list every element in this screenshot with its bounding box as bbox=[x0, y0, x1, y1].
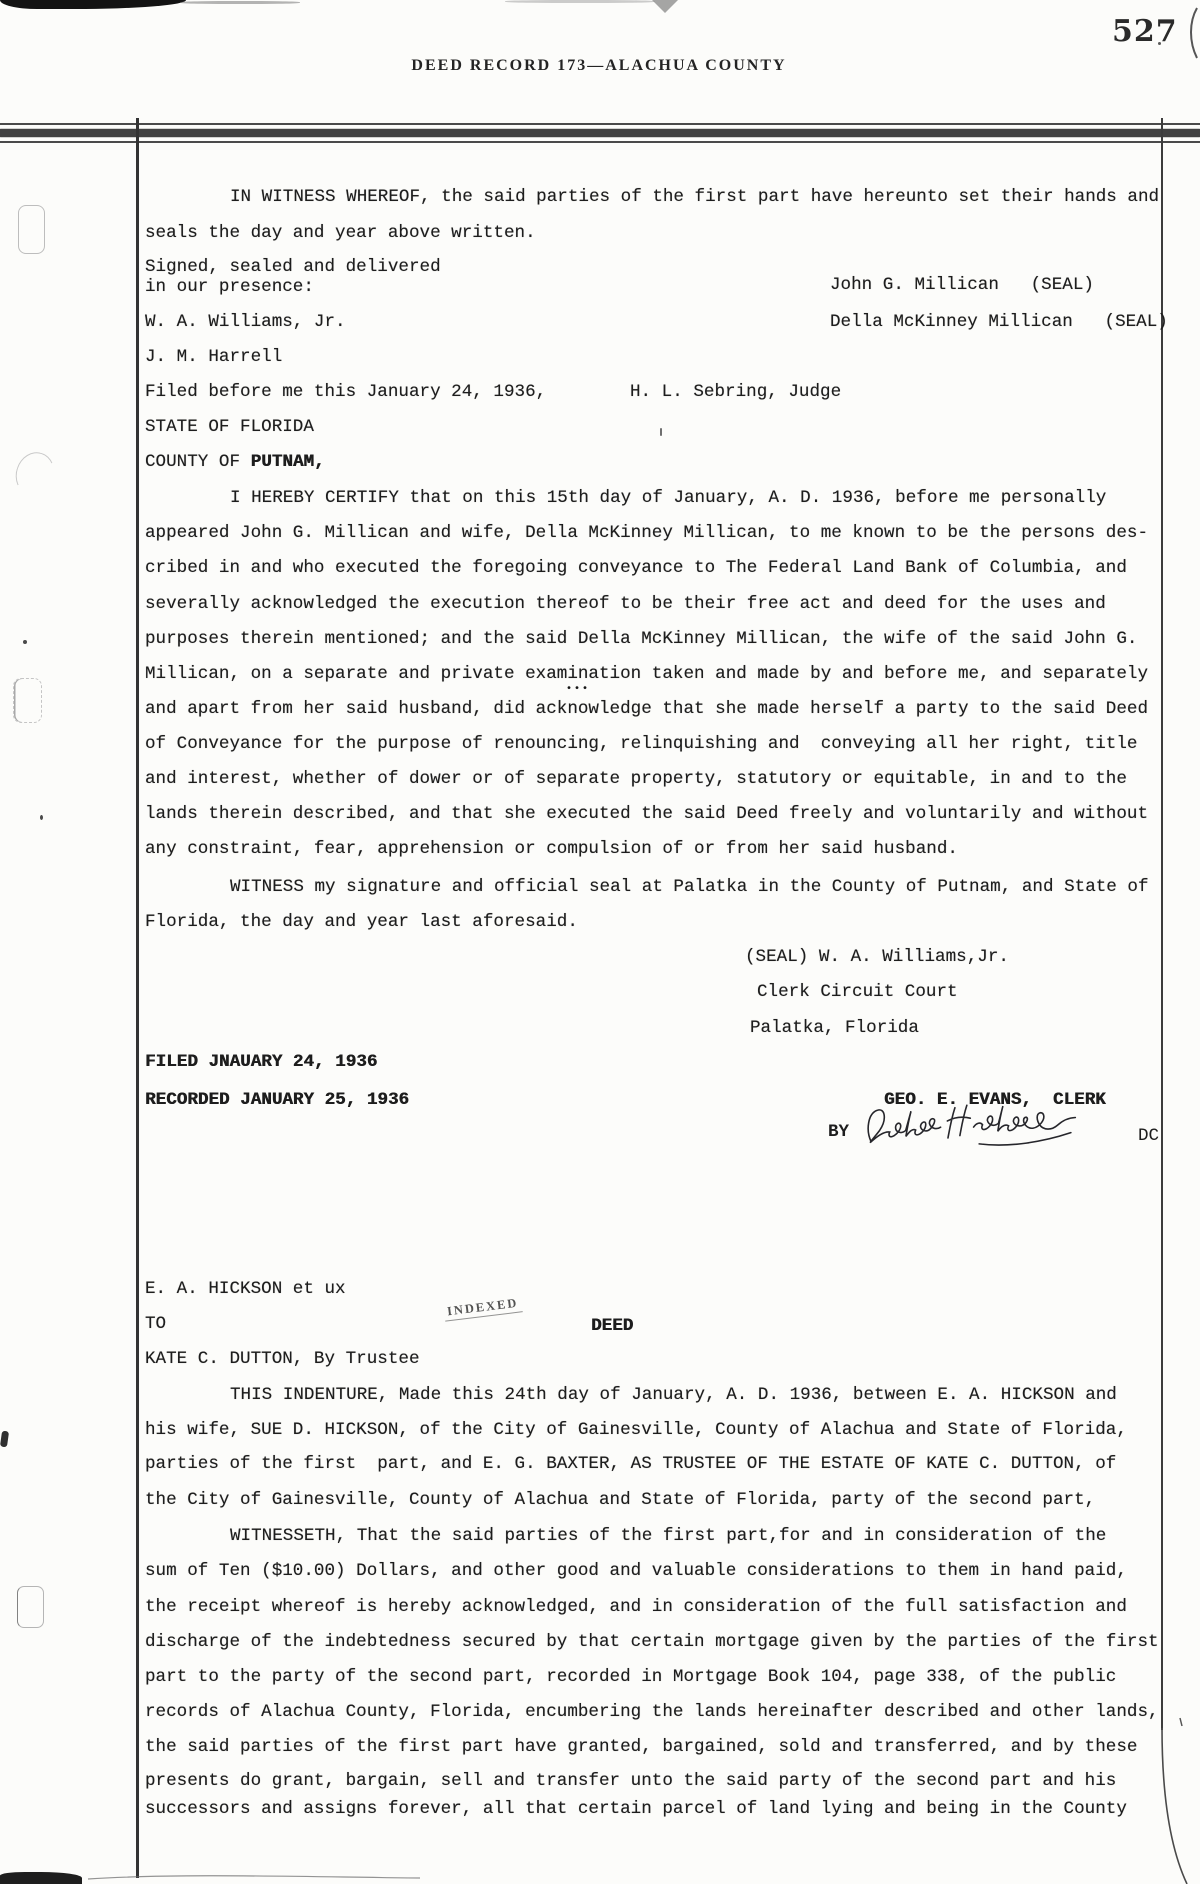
text-line: I HEREBY CERTIFY that on this 15th day o… bbox=[230, 487, 1106, 509]
text-line: KATE C. DUTTON, By Trustee bbox=[145, 1348, 420, 1370]
text-line: Palatka, Florida bbox=[750, 1017, 919, 1039]
text-line: RECORDED JANUARY 25, 1936 bbox=[145, 1089, 409, 1111]
text-line: Millican, on a separate and private exam… bbox=[145, 663, 1148, 685]
clerk-signature bbox=[857, 1094, 1094, 1154]
text-line: severally acknowledged the execution the… bbox=[145, 593, 1106, 615]
signature-deputy-clerk-initials: DC bbox=[1138, 1126, 1159, 1146]
text-line: and apart from her said husband, did ack… bbox=[145, 698, 1148, 720]
deed-record-page: 527 DEED RECORD 173—ALACHUA COUNTY IN WI… bbox=[0, 0, 1200, 1884]
text-line: Della McKinney Millican (SEAL) bbox=[830, 311, 1168, 333]
text-line: Filed before me this January 24, 1936, bbox=[145, 381, 546, 403]
text-line: WITNESSETH, That the said parties of the… bbox=[230, 1525, 1106, 1547]
text-line: parties of the first part, and E. G. BAX… bbox=[145, 1453, 1116, 1475]
text-line: lands therein described, and that she ex… bbox=[145, 803, 1148, 825]
text-line: THIS INDENTURE, Made this 24th day of Ja… bbox=[230, 1384, 1117, 1406]
text-line: any constraint, fear, apprehension or co… bbox=[145, 838, 958, 860]
text-line: John G. Millican (SEAL) bbox=[830, 274, 1094, 296]
text-line: cribed in and who executed the foregoing… bbox=[145, 557, 1127, 579]
text-line: the said parties of the first part have … bbox=[145, 1736, 1137, 1758]
text-line: sum of Ten ($10.00) Dollars, and other g… bbox=[145, 1560, 1127, 1582]
text-line: STATE OF FLORIDA bbox=[145, 416, 314, 438]
text-line: discharge of the indebtedness secured by… bbox=[145, 1631, 1159, 1653]
text-line: FILED JNAUARY 24, 1936 bbox=[145, 1051, 377, 1073]
text-line: DEED bbox=[591, 1315, 633, 1337]
text-line: appeared John G. Millican and wife, Dell… bbox=[145, 522, 1148, 544]
text-line: his wife, SUE D. HICKSON, of the City of… bbox=[145, 1419, 1127, 1441]
text-line: TO bbox=[145, 1313, 166, 1335]
text-line: Clerk Circuit Court bbox=[757, 981, 958, 1003]
text-line: and interest, whether of dower or of sep… bbox=[145, 768, 1127, 790]
text-line: purposes therein mentioned; and the said… bbox=[145, 628, 1137, 650]
text-line: W. A. Williams, Jr. bbox=[145, 311, 346, 333]
text-line: in our presence: bbox=[145, 276, 314, 298]
text-line: COUNTY OF PUTNAM, bbox=[145, 451, 325, 473]
text-line: Florida, the day and year last aforesaid… bbox=[145, 911, 578, 933]
text-line: H. L. Sebring, Judge bbox=[630, 381, 841, 403]
text-line: records of Alachua County, Florida, encu… bbox=[145, 1701, 1159, 1723]
text-line: successors and assigns forever, all that… bbox=[145, 1798, 1127, 1820]
text-line: Signed, sealed and delivered bbox=[145, 256, 441, 278]
text-line: of Conveyance for the purpose of renounc… bbox=[145, 733, 1137, 755]
text-line: presents do grant, bargain, sell and tra… bbox=[145, 1770, 1116, 1792]
text-line: (SEAL) W. A. Williams,Jr. bbox=[745, 946, 1009, 968]
signature-by-label: BY bbox=[828, 1122, 849, 1142]
text-line: IN WITNESS WHEREOF, the said parties of … bbox=[230, 186, 1159, 208]
text-line: E. A. HICKSON et ux bbox=[145, 1278, 346, 1300]
text-line: part to the party of the second part, re… bbox=[145, 1666, 1116, 1688]
text-line: WITNESS my signature and official seal a… bbox=[230, 876, 1149, 898]
text-line: the receipt whereof is hereby acknowledg… bbox=[145, 1596, 1127, 1618]
text-line: J. M. Harrell bbox=[145, 346, 282, 368]
text-line: the City of Gainesville, County of Alach… bbox=[145, 1489, 1095, 1511]
text-line: seals the day and year above written. bbox=[145, 222, 536, 244]
